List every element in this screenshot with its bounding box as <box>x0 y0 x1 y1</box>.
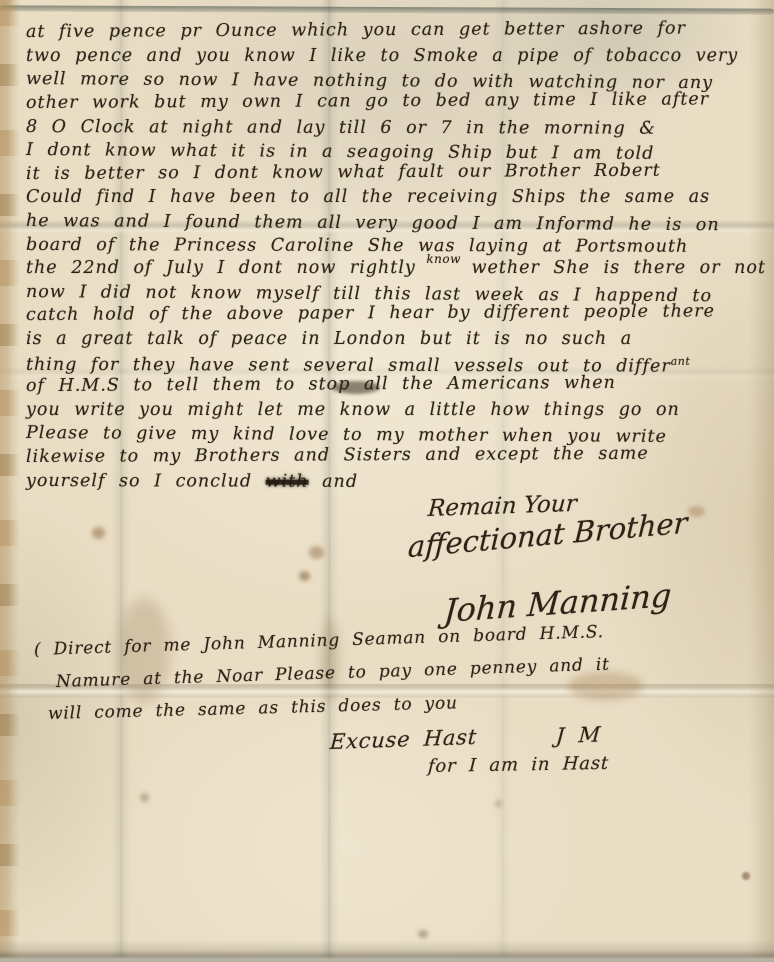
letter-line: two pence and you know I like to Smoke a… <box>26 46 770 70</box>
letter-line: catch hold of the above paper I hear by … <box>26 301 770 328</box>
letter-line-text: the 22nd of July I dont now rightly <box>26 258 416 278</box>
letter-line: you write you might let me know a little… <box>26 400 770 424</box>
letter-line: is a great talk of peace in London but i… <box>26 329 770 353</box>
letter-line: it is better so I dont know what fault o… <box>26 160 770 187</box>
letter-scan: at five pence pr Ounce which you can get… <box>0 0 774 962</box>
letter-line: likewise to my Brothers and Sisters and … <box>26 443 770 470</box>
postscript-excuse-haste: Excuse Hast <box>329 725 478 754</box>
struck-out-word: with <box>266 472 309 492</box>
letter-body: at five pence pr Ounce which you can get… <box>26 22 770 494</box>
letter-line: 8 O Clock at night and lay till 6 or 7 i… <box>26 117 770 143</box>
torn-edge-bottom <box>0 940 774 962</box>
letter-line: yourself so I conclud with and <box>26 471 770 497</box>
stain <box>140 793 149 802</box>
stain <box>309 546 324 559</box>
stain <box>688 506 705 517</box>
postscript-initials: J M <box>555 722 602 748</box>
letter-line: at five pence pr Ounce which you can get… <box>26 18 770 45</box>
torn-edge-left <box>0 0 20 962</box>
letter-line: Could find I have been to all the receiv… <box>26 187 770 211</box>
letter-line-text: wether She is there or not <box>471 258 766 278</box>
letter-line-text: yourself so I conclud <box>26 471 252 492</box>
inserted-word: know <box>426 252 461 266</box>
stain <box>418 930 428 938</box>
stain <box>299 571 310 581</box>
letter-line: other work but my own I can go to bed an… <box>26 89 770 116</box>
stain <box>568 672 643 700</box>
letter-line: of H.M.S to tell them to stop all the Am… <box>26 372 770 399</box>
superscript-correction: ant <box>671 355 691 368</box>
letter-line: board of the Princess Caroline She was l… <box>26 235 770 261</box>
letter-line: the 22nd of July I dont now rightly know… <box>26 258 770 282</box>
stain <box>92 527 105 539</box>
signature-john-manning: John Manning <box>443 576 673 630</box>
postscript-haste-line: for I am in Hast <box>427 753 609 777</box>
letter-line-text: and <box>322 472 358 492</box>
stain <box>495 800 502 807</box>
